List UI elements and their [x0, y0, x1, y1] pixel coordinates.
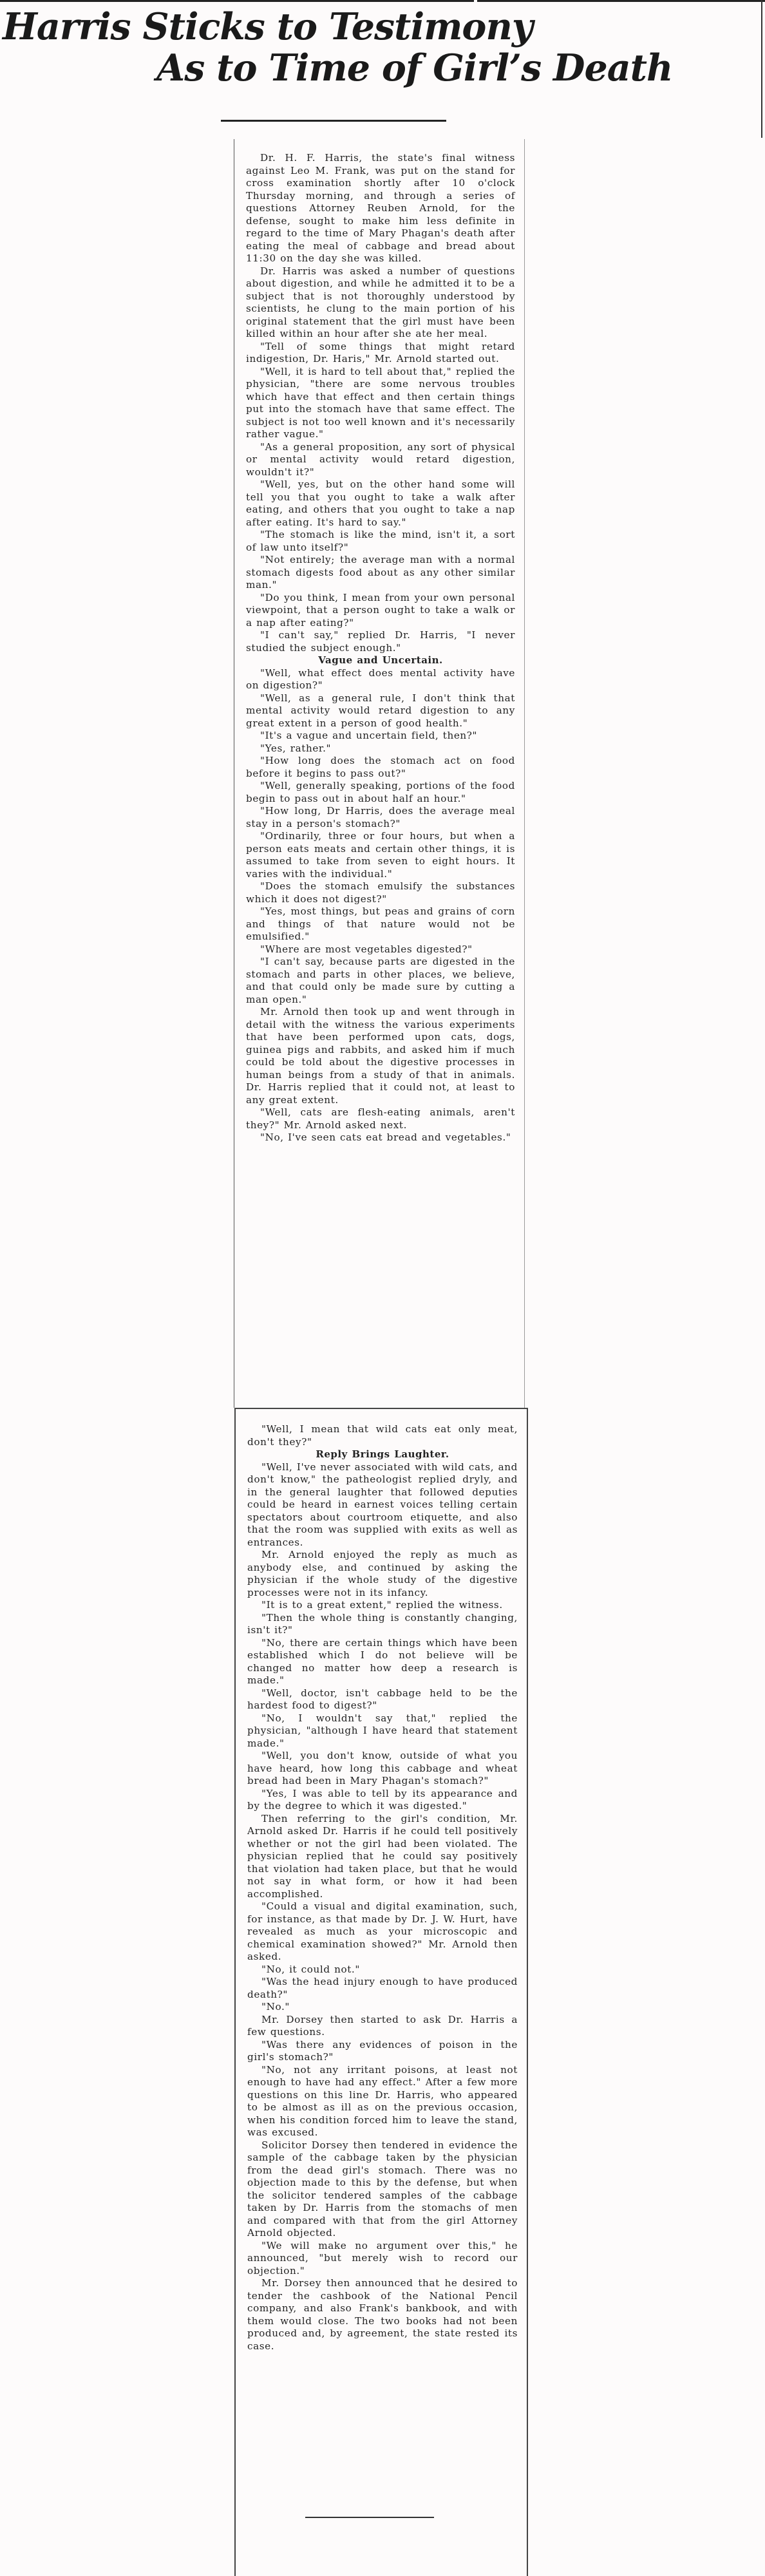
article-body-part-1: Dr. H. F. Harris, the state's final witn…: [246, 152, 515, 1144]
article-column-part-1: Dr. H. F. Harris, the state's final witn…: [234, 139, 525, 1408]
article-paragraph: "The stomach is like the mind, isn't it,…: [246, 529, 515, 554]
article-paragraph: "Well, cats are flesh-eating animals, ar…: [246, 1106, 515, 1132]
article-paragraph: "How long does the stomach act on food b…: [246, 755, 515, 780]
article-paragraph: "How long, Dr Harris, does the average m…: [246, 805, 515, 830]
headline-line-1: Harris Sticks to Testimony: [0, 6, 765, 48]
article-paragraph: "It is to a great extent," replied the w…: [247, 1599, 518, 1612]
article-paragraph: "We will make no argument over this," he…: [247, 2240, 518, 2278]
headline-line-2: As to Time of Girl’s Death: [0, 48, 765, 89]
top-rule: [0, 0, 765, 5]
article-paragraph: "No, there are certain things which have…: [247, 1637, 518, 1687]
article-paragraph: "Well, as a general rule, I don't think …: [246, 692, 515, 730]
article-paragraph: "Well, generally speaking, portions of t…: [246, 780, 515, 805]
article-paragraph: Mr. Arnold then took up and went through…: [246, 1006, 515, 1106]
article-paragraph: "Tell of some things that might retard i…: [246, 341, 515, 366]
article-paragraph: "Could a visual and digital examination,…: [247, 1900, 518, 1964]
article-paragraph: "Do you think, I mean from your own pers…: [246, 592, 515, 630]
article-paragraph: "Well, doctor, isn't cabbage held to be …: [247, 1687, 518, 1712]
article-paragraph: "Well, what effect does mental activity …: [246, 667, 515, 692]
article-column-part-2: "Well, I mean that wild cats eat only me…: [234, 1408, 528, 2576]
article-paragraph: "Well, yes, but on the other hand some w…: [246, 478, 515, 529]
article-paragraph: "Well, I mean that wild cats eat only me…: [247, 1423, 518, 1448]
article-paragraph: Mr. Arnold enjoyed the reply as much as …: [247, 1549, 518, 1599]
headline-divider: [221, 120, 446, 122]
article-paragraph: "Where are most vegetables digested?": [246, 943, 515, 956]
article-paragraph: "Well, I've never associated with wild c…: [247, 1461, 518, 1549]
article-paragraph: Then referring to the girl's condition, …: [247, 1813, 518, 1901]
article-paragraph: "I can't say," replied Dr. Harris, "I ne…: [246, 629, 515, 654]
article-body-part-2: "Well, I mean that wild cats eat only me…: [247, 1423, 518, 2353]
article-paragraph: "It's a vague and uncertain field, then?…: [246, 730, 515, 743]
article-paragraph: "I can't say, because parts are digested…: [246, 956, 515, 1006]
article-paragraph: Dr. H. F. Harris, the state's final witn…: [246, 152, 515, 265]
article-paragraph: Dr. Harris was asked a number of questio…: [246, 265, 515, 341]
article-paragraph: "No, it could not.": [247, 1964, 518, 1976]
article-paragraph: "Yes, I was able to tell by its appearan…: [247, 1788, 518, 1813]
headline: Harris Sticks to Testimony As to Time of…: [0, 6, 765, 89]
article-end-rule: [305, 2517, 434, 2518]
article-paragraph: "Yes, rather.": [246, 743, 515, 755]
article-paragraph: "No, I wouldn't say that," replied the p…: [247, 1712, 518, 1750]
article-paragraph: "As a general proposition, any sort of p…: [246, 441, 515, 479]
article-paragraph: "Ordinarily, three or four hours, but wh…: [246, 830, 515, 880]
subheading: Vague and Uncertain.: [246, 654, 515, 667]
subheading: Reply Brings Laughter.: [247, 1448, 518, 1461]
article-paragraph: "Yes, most things, but peas and grains o…: [246, 905, 515, 943]
article-paragraph: "Not entirely; the average man with a no…: [246, 554, 515, 592]
article-paragraph: Solicitor Dorsey then tendered in eviden…: [247, 2139, 518, 2240]
article-paragraph: "Does the stomach emulsify the substance…: [246, 880, 515, 905]
article-paragraph: "Well, it is hard to tell about that," r…: [246, 366, 515, 441]
article-paragraph: "Was there any evidences of poison in th…: [247, 2039, 518, 2064]
article-paragraph: "No, not any irritant poisons, at least …: [247, 2064, 518, 2139]
article-paragraph: "No.": [247, 2001, 518, 2014]
article-paragraph: Mr. Dorsey then announced that he desire…: [247, 2277, 518, 2353]
article-paragraph: Mr. Dorsey then started to ask Dr. Harri…: [247, 2014, 518, 2039]
article-paragraph: "Then the whole thing is constantly chan…: [247, 1612, 518, 1637]
article-paragraph: "No, I've seen cats eat bread and vegeta…: [246, 1132, 515, 1144]
article-paragraph: "Well, you don't know, outside of what y…: [247, 1750, 518, 1788]
article-paragraph: "Was the head injury enough to have prod…: [247, 1976, 518, 2001]
